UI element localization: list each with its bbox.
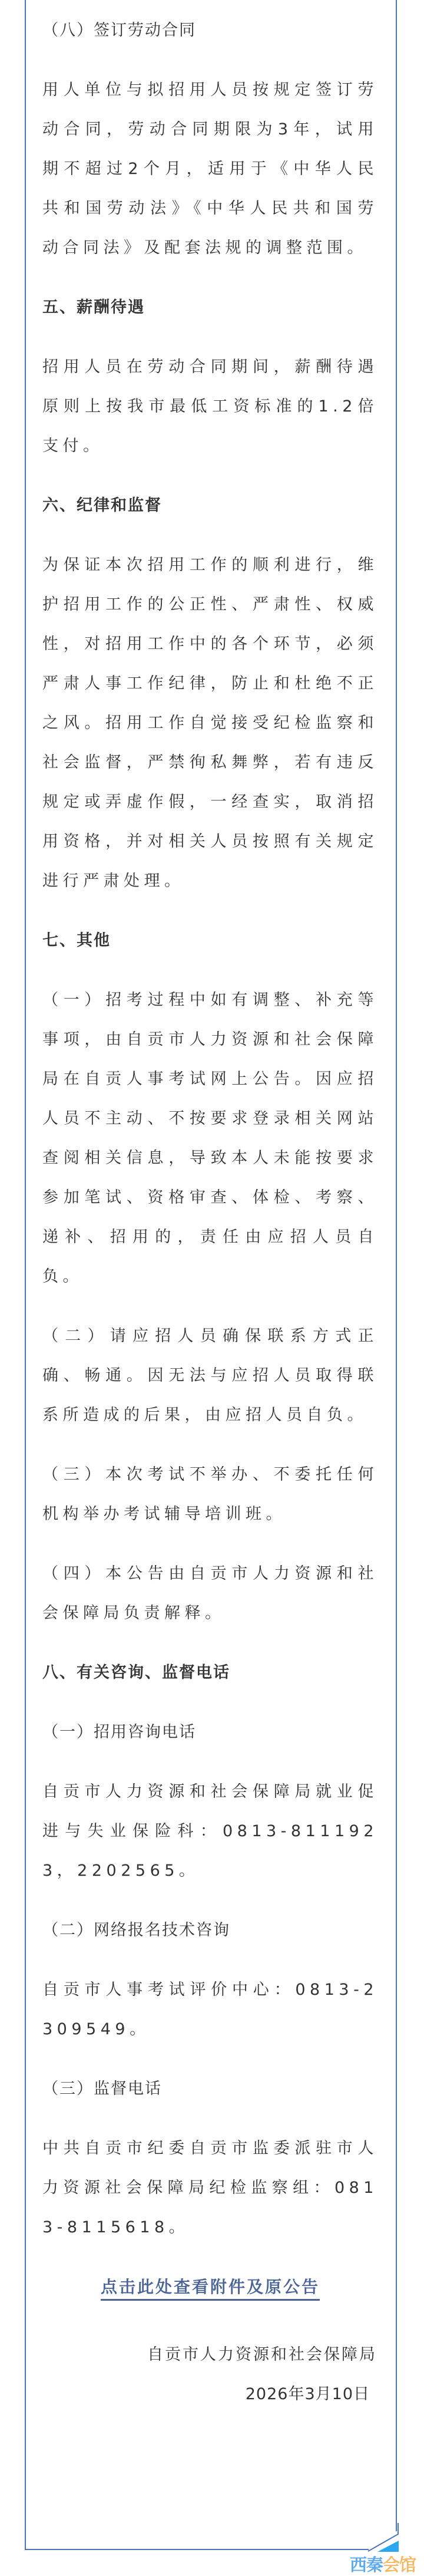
paragraph-contract: 用人单位与拟招用人员按规定签订劳动合同，劳动合同期限为3年，试用期不超过2个月，…	[42, 70, 378, 268]
watermark-part2: 会馆	[383, 2555, 416, 2575]
signature-organization: 自贡市人力资源和社会保障局	[42, 2335, 378, 2374]
contact-title-recruitment: （一）招用咨询电话	[42, 1712, 378, 1752]
paragraph-salary: 招用人员在劳动合同期间，薪酬待遇原则上按我市最低工资标准的1.2倍支付。	[42, 347, 378, 466]
section-heading-salary: 五、薪酬待遇	[42, 288, 378, 327]
view-attachment-link[interactable]: 点击此处查看附件及原公告	[101, 2277, 320, 2301]
section-heading-discipline: 六、纪律和监督	[42, 486, 378, 525]
contact-title-supervision: （三）监督电话	[42, 2069, 378, 2109]
paragraph-discipline: 为保证本次招用工作的顺利进行，维护招用工作的公正性、严肃性、权威性，对招用工作中…	[42, 545, 378, 901]
link-container: 点击此处查看附件及原公告	[42, 2267, 378, 2309]
contact-title-tech-support: （二）网络报名技术咨询	[42, 1910, 378, 1950]
subsection-title-contract: （八）签订劳动合同	[42, 11, 378, 50]
signature-date: 2026年3月10日	[42, 2374, 378, 2414]
section-heading-contacts: 八、有关咨询、监督电话	[42, 1653, 378, 1692]
watermark-part1: 西秦	[350, 2555, 383, 2575]
paragraph-other-4: （四）本公告由自贡市人力资源和社会保障局负责解释。	[42, 1554, 378, 1633]
contact-body-tech-support: 自贡市人事考试评价中心：0813-2309549。	[42, 1970, 378, 2049]
contact-body-supervision: 中共自贡市纪委自贡市监委派驻市人力资源社会保障局纪检监察组：0813-81156…	[42, 2129, 378, 2247]
paragraph-other-1: （一）招考过程中如有调整、补充等事项，由自贡市人力资源和社会保障局在自贡人事考试…	[42, 980, 378, 1296]
contact-body-recruitment: 自贡市人力资源和社会保障局就业促进与失业保险科：0813-8111923，220…	[42, 1772, 378, 1890]
paragraph-other-2: （二）请应招人员确保联系方式正确、畅通。因无法与应招人员取得联系所造成的后果，由…	[42, 1316, 378, 1435]
watermark-logo: 西秦会馆	[350, 2555, 416, 2575]
paragraph-other-3: （三）本次考试不举办、不委托任何机构举办考试辅导培训班。	[42, 1455, 378, 1534]
section-heading-other: 七、其他	[42, 921, 378, 960]
article-content: （八）签订劳动合同 用人单位与拟招用人员按规定签订劳动合同，劳动合同期限为3年，…	[42, 11, 378, 2414]
